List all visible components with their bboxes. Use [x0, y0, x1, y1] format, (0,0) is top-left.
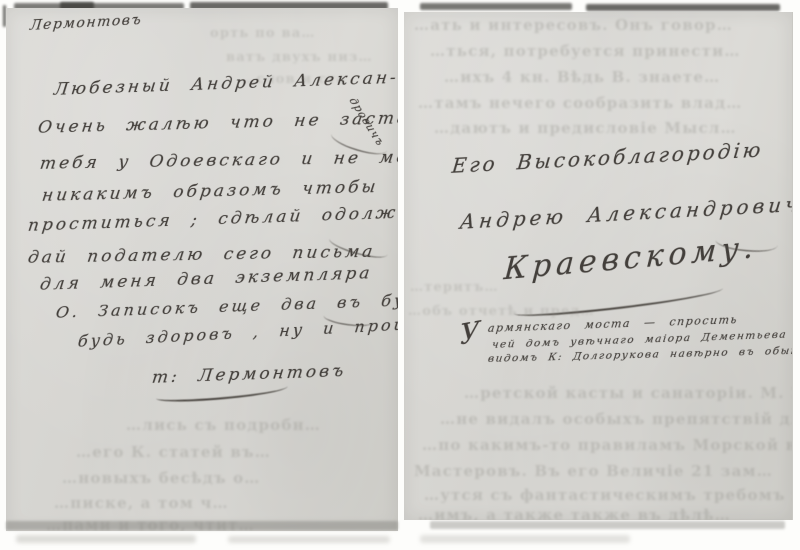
handwritten-address-line: Его Высокоблагородію	[451, 138, 765, 178]
bleed-through-text: …ать и интересовъ. Онъ говор…	[414, 16, 733, 34]
annotation-initial: У	[460, 314, 483, 351]
handwritten-line: никакимъ образомъ чтобы	[41, 177, 380, 206]
bleed-through-text: …не видалъ особыхъ препятствій для…	[440, 410, 793, 428]
handwritten-line: Любезный Андрей Алексан-	[53, 68, 398, 100]
bleed-through-text: …его К. статей въ…	[76, 443, 271, 461]
bleed-through-text: …даютъ и предисловіе Мысл…	[434, 119, 737, 137]
bleed-through-text: …по какимъ-то правиламъ Морской воен…	[422, 436, 793, 454]
bleed-through-text: …лись съ подробн…	[126, 416, 321, 434]
photo-edge-artifact-top	[586, 4, 780, 11]
photo-edge-artifact-top	[420, 3, 572, 10]
bleed-through-text: …тамъ нечего сообразить влад…	[418, 94, 743, 112]
photo-edge-artifact-bottom	[6, 521, 398, 530]
handwritten-line: тебя у Одоевскаго и не могъ	[39, 147, 398, 174]
faint-print-band	[420, 535, 630, 543]
bleed-through-text: …теритъ…	[410, 280, 499, 295]
handwritten-caption-lermontov: Лермонтовъ	[29, 12, 143, 34]
bleed-through-text: …новыхъ бесѣдъ о…	[62, 469, 260, 487]
scanned-letter-photo: орть по ва… ватъ двухъ низ… …слов и ста …	[0, 0, 800, 550]
bleed-through-text: …объ отчетѣ и пред…	[408, 304, 595, 319]
handwritten-line: проститься ; сдѣлай одолженіе	[27, 201, 398, 236]
bleed-through-text: …ретской касты и санаторіи. М. З…	[464, 384, 793, 402]
bleed-through-text: Мастеровъ. Въ его Величіе 21 зам…	[414, 462, 773, 480]
bleed-through-text: ватъ двухъ низ…	[226, 50, 373, 65]
bleed-through-text: …имъ, а также также въ дѣлѣ…	[418, 506, 731, 520]
bleed-through-text: …ихъ 4 кн. Вѣдь В. знаете…	[444, 68, 720, 86]
handwritten-line: для меня два экземпляра	[39, 263, 374, 295]
bleed-through-text: …писке, а том ч…	[54, 494, 229, 512]
letter-page-right: …ать и интересовъ. Онъ говор… …ться, пот…	[404, 12, 793, 520]
handwritten-address-line: Андрею Александровичу	[459, 191, 793, 234]
bleed-through-text: …ться, потребуется принести…	[430, 42, 741, 60]
faint-print-band	[228, 536, 390, 543]
letter-page-left: орть по ва… ватъ двухъ низ… …слов и ста …	[6, 8, 398, 531]
photo-edge-artifact-bottom	[430, 521, 785, 529]
faint-print-band	[16, 535, 196, 543]
bleed-through-text: …утся съ фантастическимъ требомъ и на…	[424, 486, 793, 504]
bleed-through-text: орть по ва…	[210, 26, 316, 41]
